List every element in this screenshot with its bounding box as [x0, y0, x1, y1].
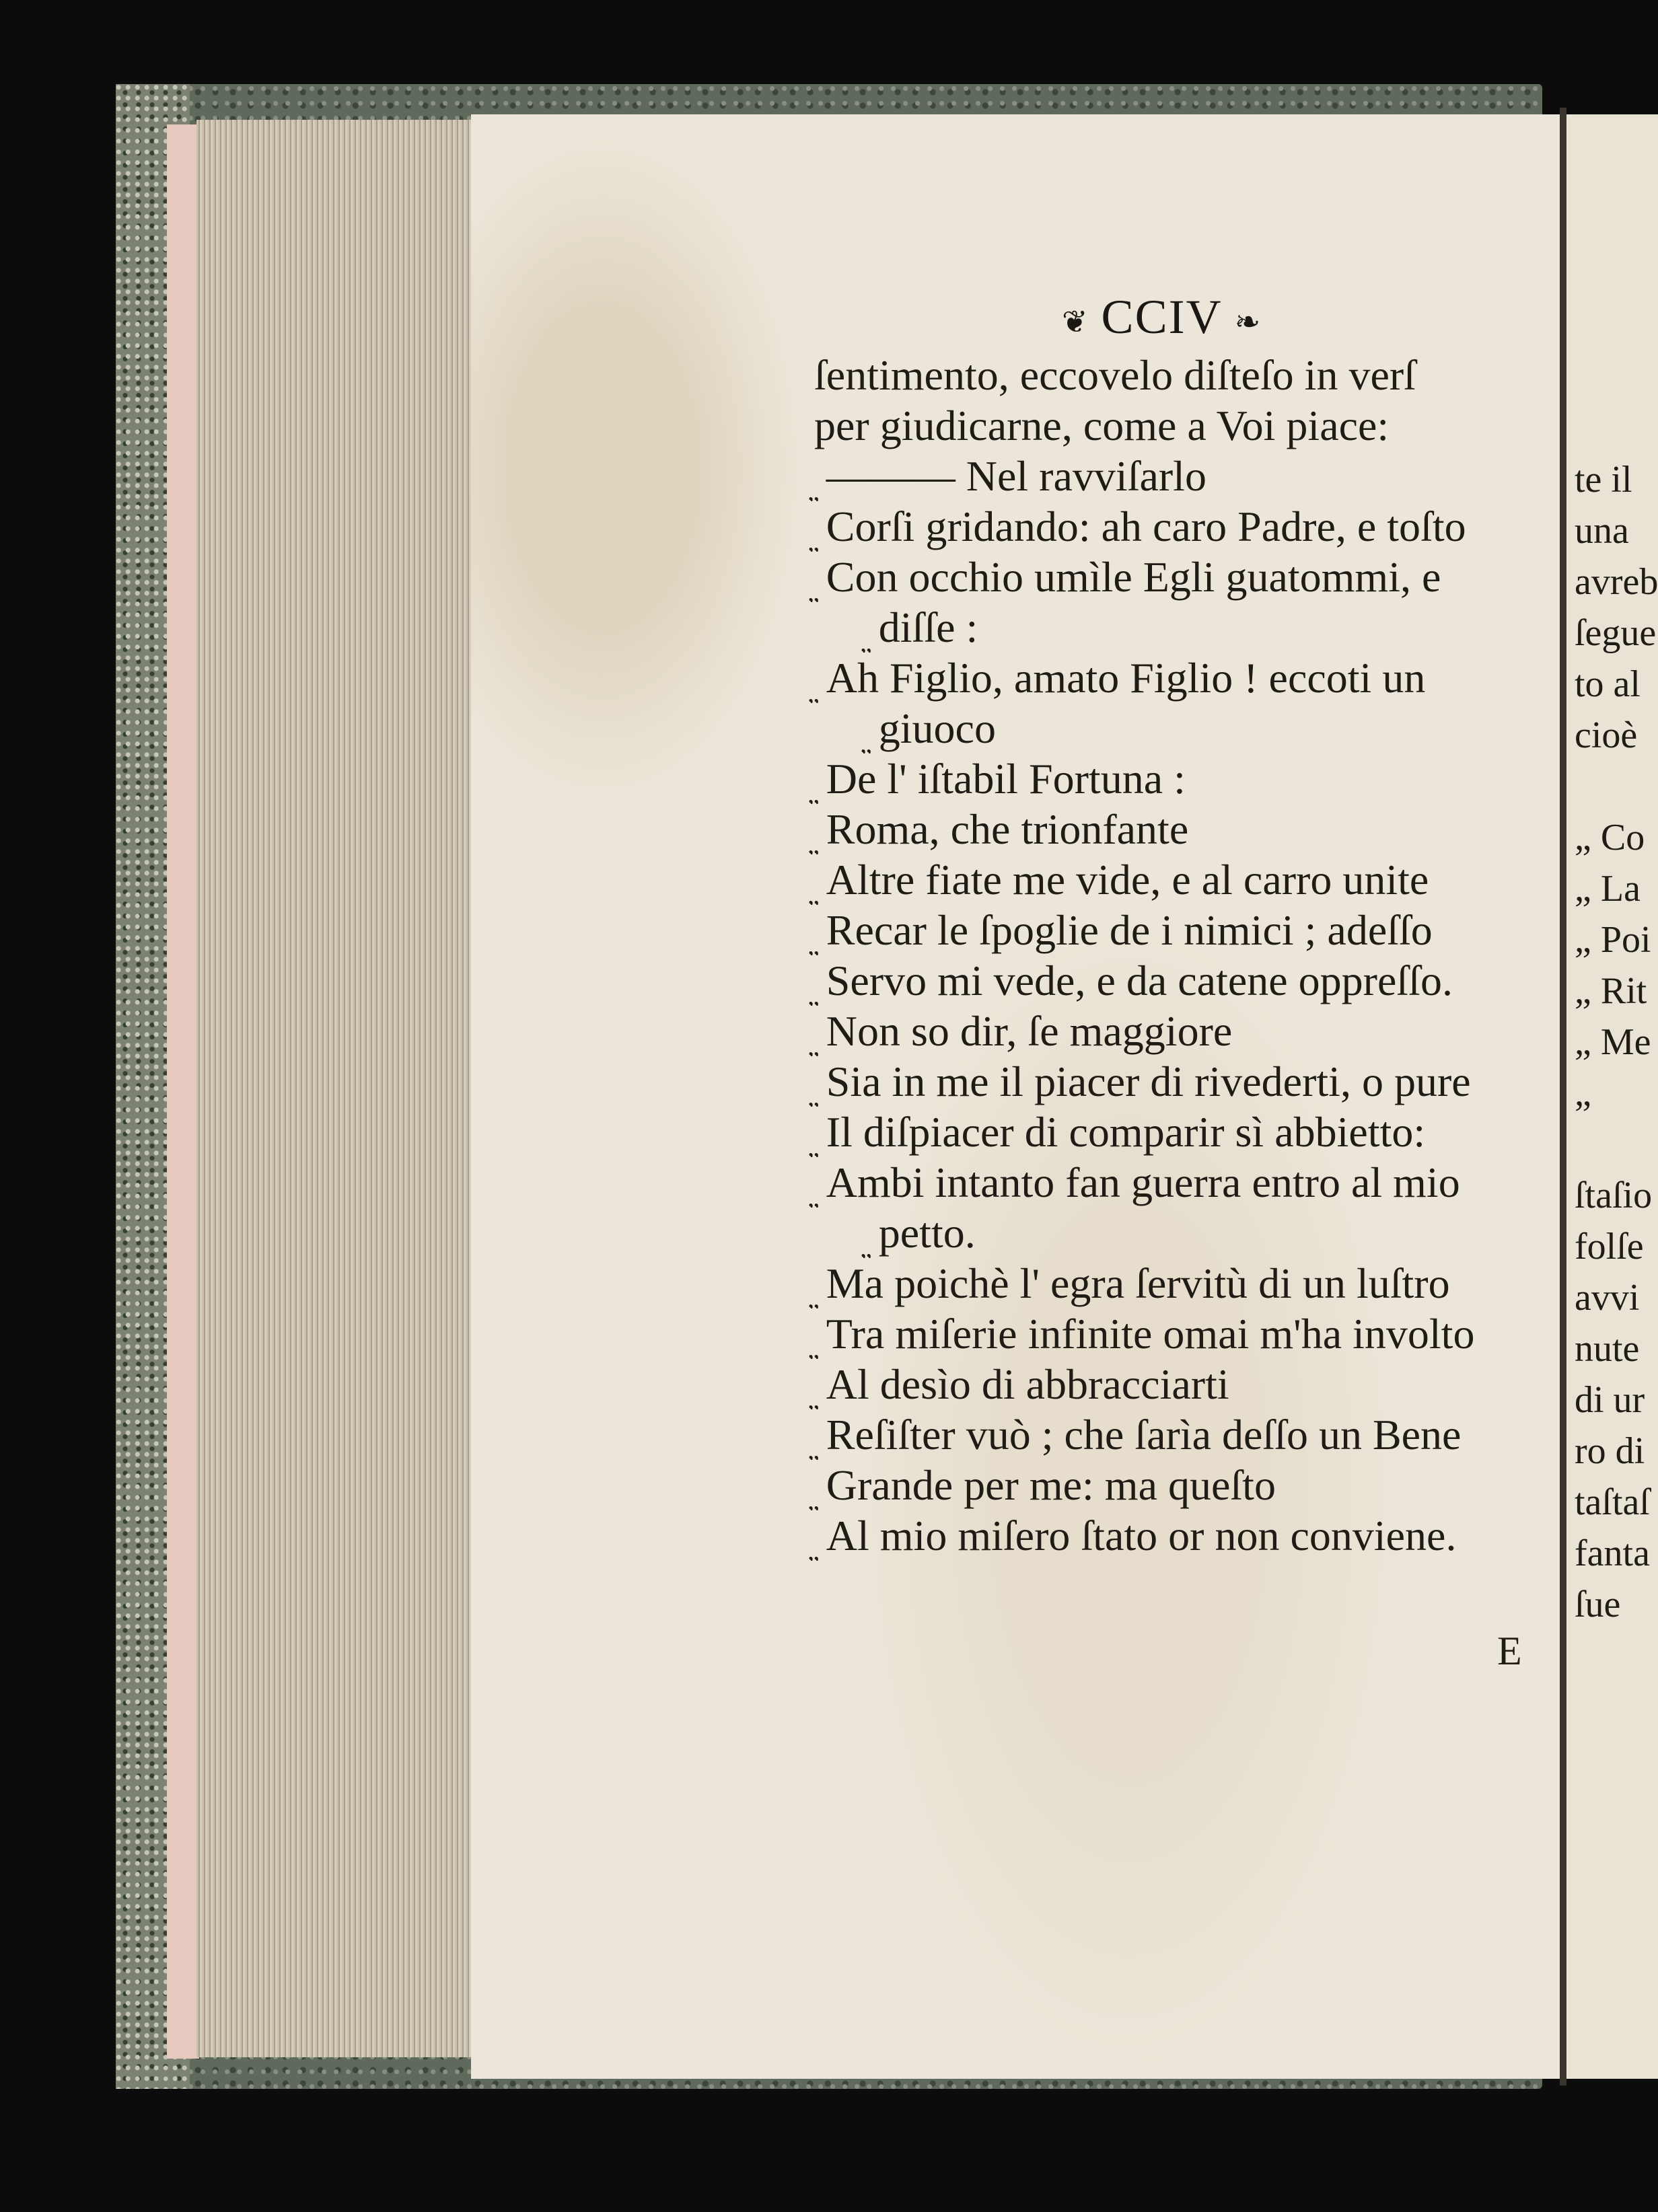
quote-mark: „ [807, 1535, 820, 1561]
line-text: Reſiſter vuò ; che ſarìa deſſo un Bene [826, 1411, 1462, 1459]
verse-line: ſentimento, eccovelo diſteſo in verſ [807, 350, 1554, 400]
quote-mark: „ [860, 728, 872, 753]
fragment-line: ſue [1575, 1579, 1658, 1630]
verse-line: „Al mio miſero ſtato or non conviene. [807, 1510, 1554, 1561]
line-text: Recar le ſpoglie de i nimici ; adeſſo [826, 906, 1433, 954]
verse-line: per giudicarne, come a Voi piace: [807, 400, 1554, 451]
verse-line: „——— Nel ravviſarlo [807, 451, 1554, 501]
fragment-line: avreb [1575, 556, 1658, 607]
fragment-line: „ La [1575, 863, 1658, 914]
fragment-line: taſtaſ [1575, 1477, 1658, 1528]
line-text: Con occhio umìle Egli guatommi, e [826, 553, 1441, 601]
quote-mark: „ [807, 677, 820, 703]
fragment-line: „ Rit [1575, 965, 1658, 1017]
quote-mark: „ [807, 1434, 820, 1460]
line-text: Sia in me il piacer di rivederti, o pure [826, 1058, 1471, 1105]
line-text: Al desìo di abbracciarti [826, 1360, 1229, 1408]
verse-line: „Sia in me il piacer di rivederti, o pur… [807, 1056, 1554, 1107]
fragment-line: ſegue [1575, 607, 1658, 659]
line-text: Ambi intanto fan guerra entro al mio [826, 1158, 1460, 1206]
line-text: Ma poichè l' egra ſervitù di un luſtro [826, 1259, 1450, 1307]
line-text: diſſe : [879, 603, 978, 651]
fragment-line: „ [1575, 1068, 1658, 1119]
page-text: ſentimento, eccovelo diſteſo in verſper … [807, 350, 1554, 1561]
fragment-line: „ Poi [1575, 914, 1658, 965]
verse-line: „Ambi intanto fan guerra entro al mio [807, 1157, 1554, 1208]
line-text: Servo mi vede, e da catene oppreſſo. [826, 957, 1453, 1004]
fragment-line: avvi [1575, 1272, 1658, 1323]
fragment-line: cioè [1575, 710, 1658, 761]
verse-line: „Tra miſerie infinite omai m'ha involto [807, 1308, 1554, 1359]
verse-line: „Recar le ſpoglie de i nimici ; adeſſo [807, 905, 1554, 955]
line-text: Roma, che trionfante [826, 805, 1188, 853]
line-text: ——— Nel ravviſarlo [826, 452, 1206, 500]
verse-line: „Ah Figlio, amato Figlio ! eccoti un [807, 653, 1554, 703]
gutter [1560, 108, 1566, 2086]
line-text: Il diſpiacer di comparir sì abbietto: [826, 1108, 1425, 1156]
verse-line: „Non so dir, ſe maggiore [807, 1006, 1554, 1056]
fragment-line: folſe [1575, 1221, 1658, 1272]
verse-line: „Corſi gridando: ah caro Padre, e toſto [807, 501, 1554, 552]
fragment-line: te il [1575, 454, 1658, 505]
line-text: giuoco [879, 704, 996, 752]
catchword: E [1497, 1628, 1522, 1674]
fleuron-left-icon: ❦ [1062, 305, 1089, 339]
quote-mark: „ [807, 1283, 820, 1308]
line-text: petto. [879, 1209, 976, 1257]
quote-mark: „ [807, 829, 820, 854]
quote-mark: „ [807, 980, 820, 1006]
quote-mark: „ [807, 778, 820, 804]
verse-line: „Ma poichè l' egra ſervitù di un luſtro [807, 1258, 1554, 1308]
right-page-fragment: te ilunaavrebſegueto alcioè„ Co„ La„ Poi… [1568, 114, 1658, 2079]
verse-line: „Roma, che trionfante [807, 804, 1554, 854]
quote-mark: „ [807, 1132, 820, 1157]
line-text: Altre fiate me vide, e al carro unite [826, 856, 1429, 904]
fragment-line: ro di [1575, 1426, 1658, 1477]
verse-line: „Grande per me: ma queſto [807, 1460, 1554, 1510]
fragment-line [1575, 761, 1658, 812]
line-text: Corſi gridando: ah caro Padre, e toſto [826, 503, 1466, 550]
verse-line: „Altre fiate me vide, e al carro unite [807, 854, 1554, 905]
page-block-edge [196, 120, 474, 2057]
verse-line: „Reſiſter vuò ; che ſarìa deſſo un Bene [807, 1409, 1554, 1460]
line-text: Non so dir, ſe maggiore [826, 1007, 1233, 1055]
line-text: per giudicarne, come a Voi piace: [814, 402, 1389, 449]
quote-mark: „ [807, 1384, 820, 1409]
fragment-line: „ Co [1575, 812, 1658, 863]
verse-line: „Il diſpiacer di comparir sì abbietto: [807, 1107, 1554, 1157]
quote-mark: „ [807, 1182, 820, 1208]
quote-mark: „ [807, 1485, 820, 1510]
running-head: ❦CCIV❧ [1050, 289, 1274, 345]
quote-mark: „ [860, 627, 872, 653]
verse-line: „Servo mi vede, e da catene oppreſſo. [807, 955, 1554, 1006]
line-text: Grande per me: ma queſto [826, 1461, 1276, 1509]
fragment-line: fanta [1575, 1528, 1658, 1579]
fleuron-right-icon: ❧ [1235, 305, 1262, 339]
verse-line: „Con occhio umìle Egli guatommi, e [807, 552, 1554, 602]
fragment-line: nute [1575, 1323, 1658, 1374]
verse-line: „giuoco [807, 703, 1554, 753]
fragment-line: ſtaſio [1575, 1170, 1658, 1221]
endpaper-edge [167, 124, 199, 2059]
fragment-line: „ Me [1575, 1017, 1658, 1068]
quote-mark: „ [807, 879, 820, 905]
verse-line: „Al desìo di abbracciarti [807, 1359, 1554, 1409]
fragment-line: una [1575, 505, 1658, 556]
quote-mark: „ [807, 1081, 820, 1107]
quote-mark: „ [807, 577, 820, 602]
verse-line: „diſſe : [807, 602, 1554, 653]
quote-mark: „ [807, 526, 820, 552]
verse-line: „petto. [807, 1208, 1554, 1258]
quote-mark: „ [807, 1333, 820, 1359]
fragment-line [1575, 1119, 1658, 1170]
verse-line: „De l' iſtabil Fortuna : [807, 753, 1554, 804]
quote-mark: „ [807, 1031, 820, 1056]
line-text: Ah Figlio, amato Figlio ! eccoti un [826, 654, 1426, 702]
line-text: Tra miſerie infinite omai m'ha involto [826, 1310, 1475, 1358]
line-text: ſentimento, eccovelo diſteſo in verſ [814, 351, 1416, 399]
line-text: Al mio miſero ſtato or non conviene. [826, 1512, 1457, 1559]
quote-mark: „ [807, 930, 820, 955]
page-number: CCIV [1102, 290, 1223, 344]
quote-mark: „ [807, 476, 820, 501]
quote-mark: „ [860, 1232, 872, 1258]
fragment-line: di ur [1575, 1374, 1658, 1426]
fragment-line: to al [1575, 659, 1658, 710]
line-text: De l' iſtabil Fortuna : [826, 755, 1186, 803]
right-page-text: te ilunaavrebſegueto alcioè„ Co„ La„ Poi… [1575, 454, 1658, 1630]
